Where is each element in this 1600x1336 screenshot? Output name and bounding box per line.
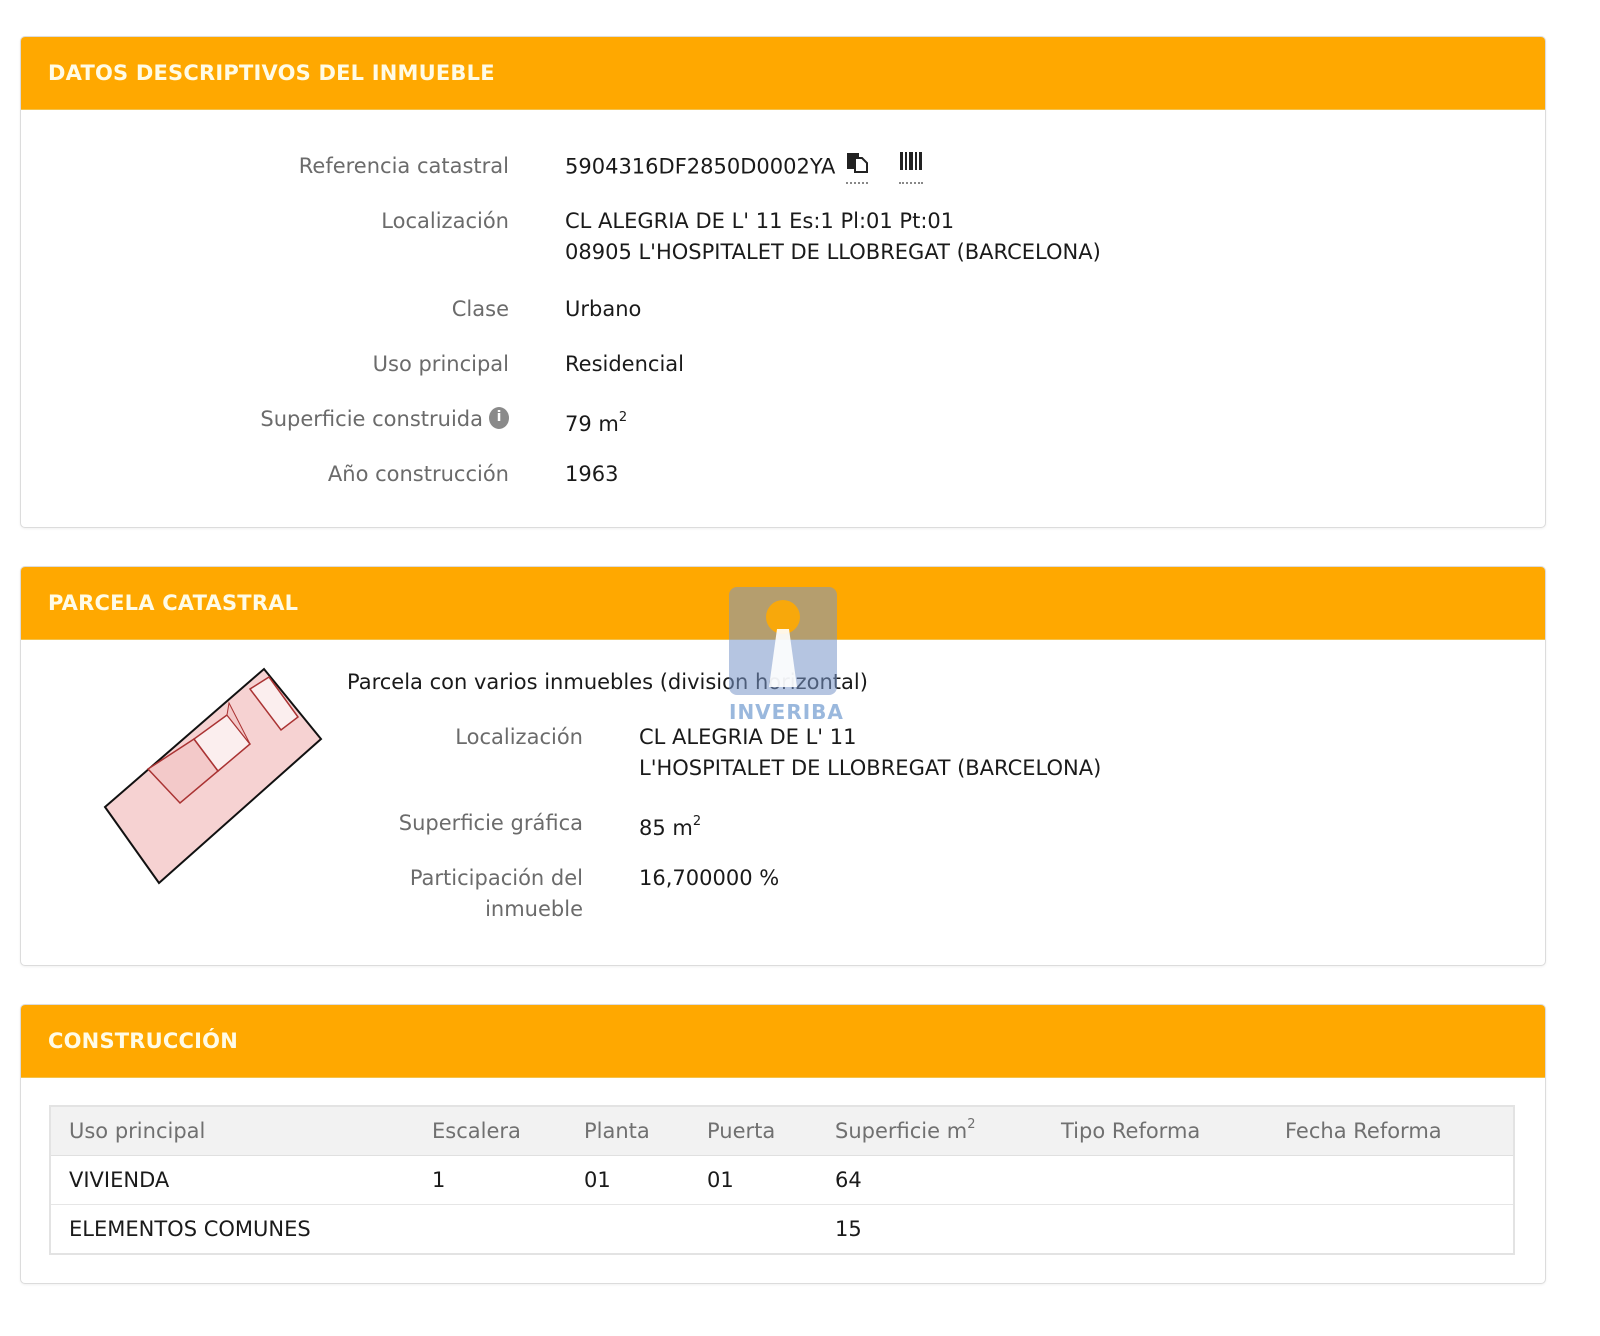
cell-planta: 01: [566, 1156, 689, 1205]
cell-puerta: 01: [689, 1156, 817, 1205]
clase-label: Clase: [21, 294, 509, 325]
superficie-grafica-row: Superficie gráfica 85 m2: [347, 808, 701, 844]
superficie-grafica-value: 85 m2: [639, 808, 701, 844]
cell-planta: [566, 1205, 689, 1255]
parcela-localizacion-value: CL ALEGRIA DE L' 11 L'HOSPITALET DE LLOB…: [639, 722, 1101, 784]
col-superficie: Superficie m2: [817, 1106, 1043, 1156]
unit-superscript: 2: [619, 410, 627, 425]
col-fecha-reforma: Fecha Reforma: [1267, 1106, 1514, 1156]
referencia-label: Referencia catastral: [21, 151, 509, 182]
barcode-icon[interactable]: [899, 151, 923, 184]
parcela-localizacion-line2: L'HOSPITALET DE LLOBREGAT (BARCELONA): [639, 753, 1101, 784]
superficie-value: 79 m2: [565, 404, 627, 440]
parcel-plan-image[interactable]: [101, 663, 331, 893]
clase-value: Urbano: [565, 294, 641, 325]
cell-fecha-reforma: [1267, 1205, 1514, 1255]
cell-superficie: 15: [817, 1205, 1043, 1255]
anio-label: Año construcción: [21, 459, 509, 490]
cell-puerta: [689, 1205, 817, 1255]
localizacion-row: Localización CL ALEGRIA DE L' 11 Es:1 Pl…: [21, 206, 509, 237]
construccion-table: Uso principal Escalera Planta Puerta Sup…: [49, 1105, 1515, 1255]
cell-fecha-reforma: [1267, 1156, 1514, 1205]
table-header-row: Uso principal Escalera Planta Puerta Sup…: [50, 1106, 1514, 1156]
cell-superficie: 64: [817, 1156, 1043, 1205]
cell-tipo-reforma: [1043, 1156, 1267, 1205]
table-row: VIVIENDA 1 01 01 64: [50, 1156, 1514, 1205]
superficie-grafica-number: 85 m: [639, 816, 693, 840]
localizacion-line2: 08905 L'HOSPITALET DE LLOBREGAT (BARCELO…: [565, 237, 1101, 268]
parcela-catastral-card: PARCELA CATASTRAL Parcela con varios inm…: [20, 566, 1546, 966]
unit-superscript: 2: [693, 814, 701, 829]
cell-escalera: 1: [414, 1156, 566, 1205]
localizacion-label: Localización: [21, 206, 509, 237]
col-escalera: Escalera: [414, 1106, 566, 1156]
datos-descriptivos-header: DATOS DESCRIPTIVOS DEL INMUEBLE: [21, 37, 1545, 110]
superficie-row: Superficie construidai 79 m2: [21, 404, 509, 435]
copy-icon[interactable]: [846, 151, 868, 184]
participacion-label-line2: inmueble: [347, 894, 583, 925]
participacion-value: 16,700000 %: [639, 863, 779, 925]
construccion-header: CONSTRUCCIÓN: [21, 1005, 1545, 1078]
localizacion-value: CL ALEGRIA DE L' 11 Es:1 Pl:01 Pt:01 089…: [565, 206, 1101, 268]
table-row: ELEMENTOS COMUNES 15: [50, 1205, 1514, 1255]
participacion-label-line1: Participación del: [347, 863, 583, 894]
parcela-subtitle-row: Parcela con varios inmuebles (division h…: [347, 667, 868, 698]
clase-row: Clase Urbano: [21, 294, 509, 325]
col-planta: Planta: [566, 1106, 689, 1156]
superficie-grafica-label: Superficie gráfica: [347, 808, 583, 844]
anio-value: 1963: [565, 459, 618, 490]
referencia-value: 5904316DF2850D0002YA: [565, 151, 923, 184]
superficie-number: 79 m: [565, 412, 619, 436]
parcela-header: PARCELA CATASTRAL: [21, 567, 1545, 640]
cell-tipo-reforma: [1043, 1205, 1267, 1255]
info-icon[interactable]: i: [489, 407, 509, 429]
localizacion-line1: CL ALEGRIA DE L' 11 Es:1 Pl:01 Pt:01: [565, 206, 1101, 237]
col-uso-principal: Uso principal: [50, 1106, 414, 1156]
section-title: CONSTRUCCIÓN: [48, 1029, 238, 1053]
cell-uso: ELEMENTOS COMUNES: [50, 1205, 414, 1255]
parcela-localizacion-label: Localización: [347, 722, 583, 784]
referencia-row: Referencia catastral 5904316DF2850D0002Y…: [21, 151, 509, 182]
col-puerta: Puerta: [689, 1106, 817, 1156]
uso-value: Residencial: [565, 349, 684, 380]
participacion-label: Participación del inmueble: [347, 863, 583, 925]
parcela-subtitle: Parcela con varios inmuebles (division h…: [347, 667, 868, 698]
section-title: PARCELA CATASTRAL: [48, 591, 298, 615]
unit-superscript: 2: [967, 1117, 975, 1132]
superficie-label: Superficie construida: [260, 407, 483, 431]
referencia-text[interactable]: 5904316DF2850D0002YA: [565, 155, 835, 179]
col-tipo-reforma: Tipo Reforma: [1043, 1106, 1267, 1156]
superficie-label-wrap: Superficie construidai: [21, 404, 509, 435]
parcela-localizacion-line1: CL ALEGRIA DE L' 11: [639, 722, 1101, 753]
participacion-row: Participación del inmueble 16,700000 %: [347, 863, 779, 925]
anio-row: Año construcción 1963: [21, 459, 509, 490]
parcela-localizacion-row: Localización CL ALEGRIA DE L' 11 L'HOSPI…: [347, 722, 1101, 784]
col-superficie-label: Superficie m: [835, 1119, 967, 1143]
cell-uso: VIVIENDA: [50, 1156, 414, 1205]
uso-label: Uso principal: [21, 349, 509, 380]
datos-descriptivos-card: DATOS DESCRIPTIVOS DEL INMUEBLE Referenc…: [20, 36, 1546, 528]
cell-escalera: [414, 1205, 566, 1255]
section-title: DATOS DESCRIPTIVOS DEL INMUEBLE: [48, 61, 495, 85]
construccion-card: CONSTRUCCIÓN Uso principal Escalera Plan…: [20, 1004, 1546, 1284]
uso-row: Uso principal Residencial: [21, 349, 509, 380]
